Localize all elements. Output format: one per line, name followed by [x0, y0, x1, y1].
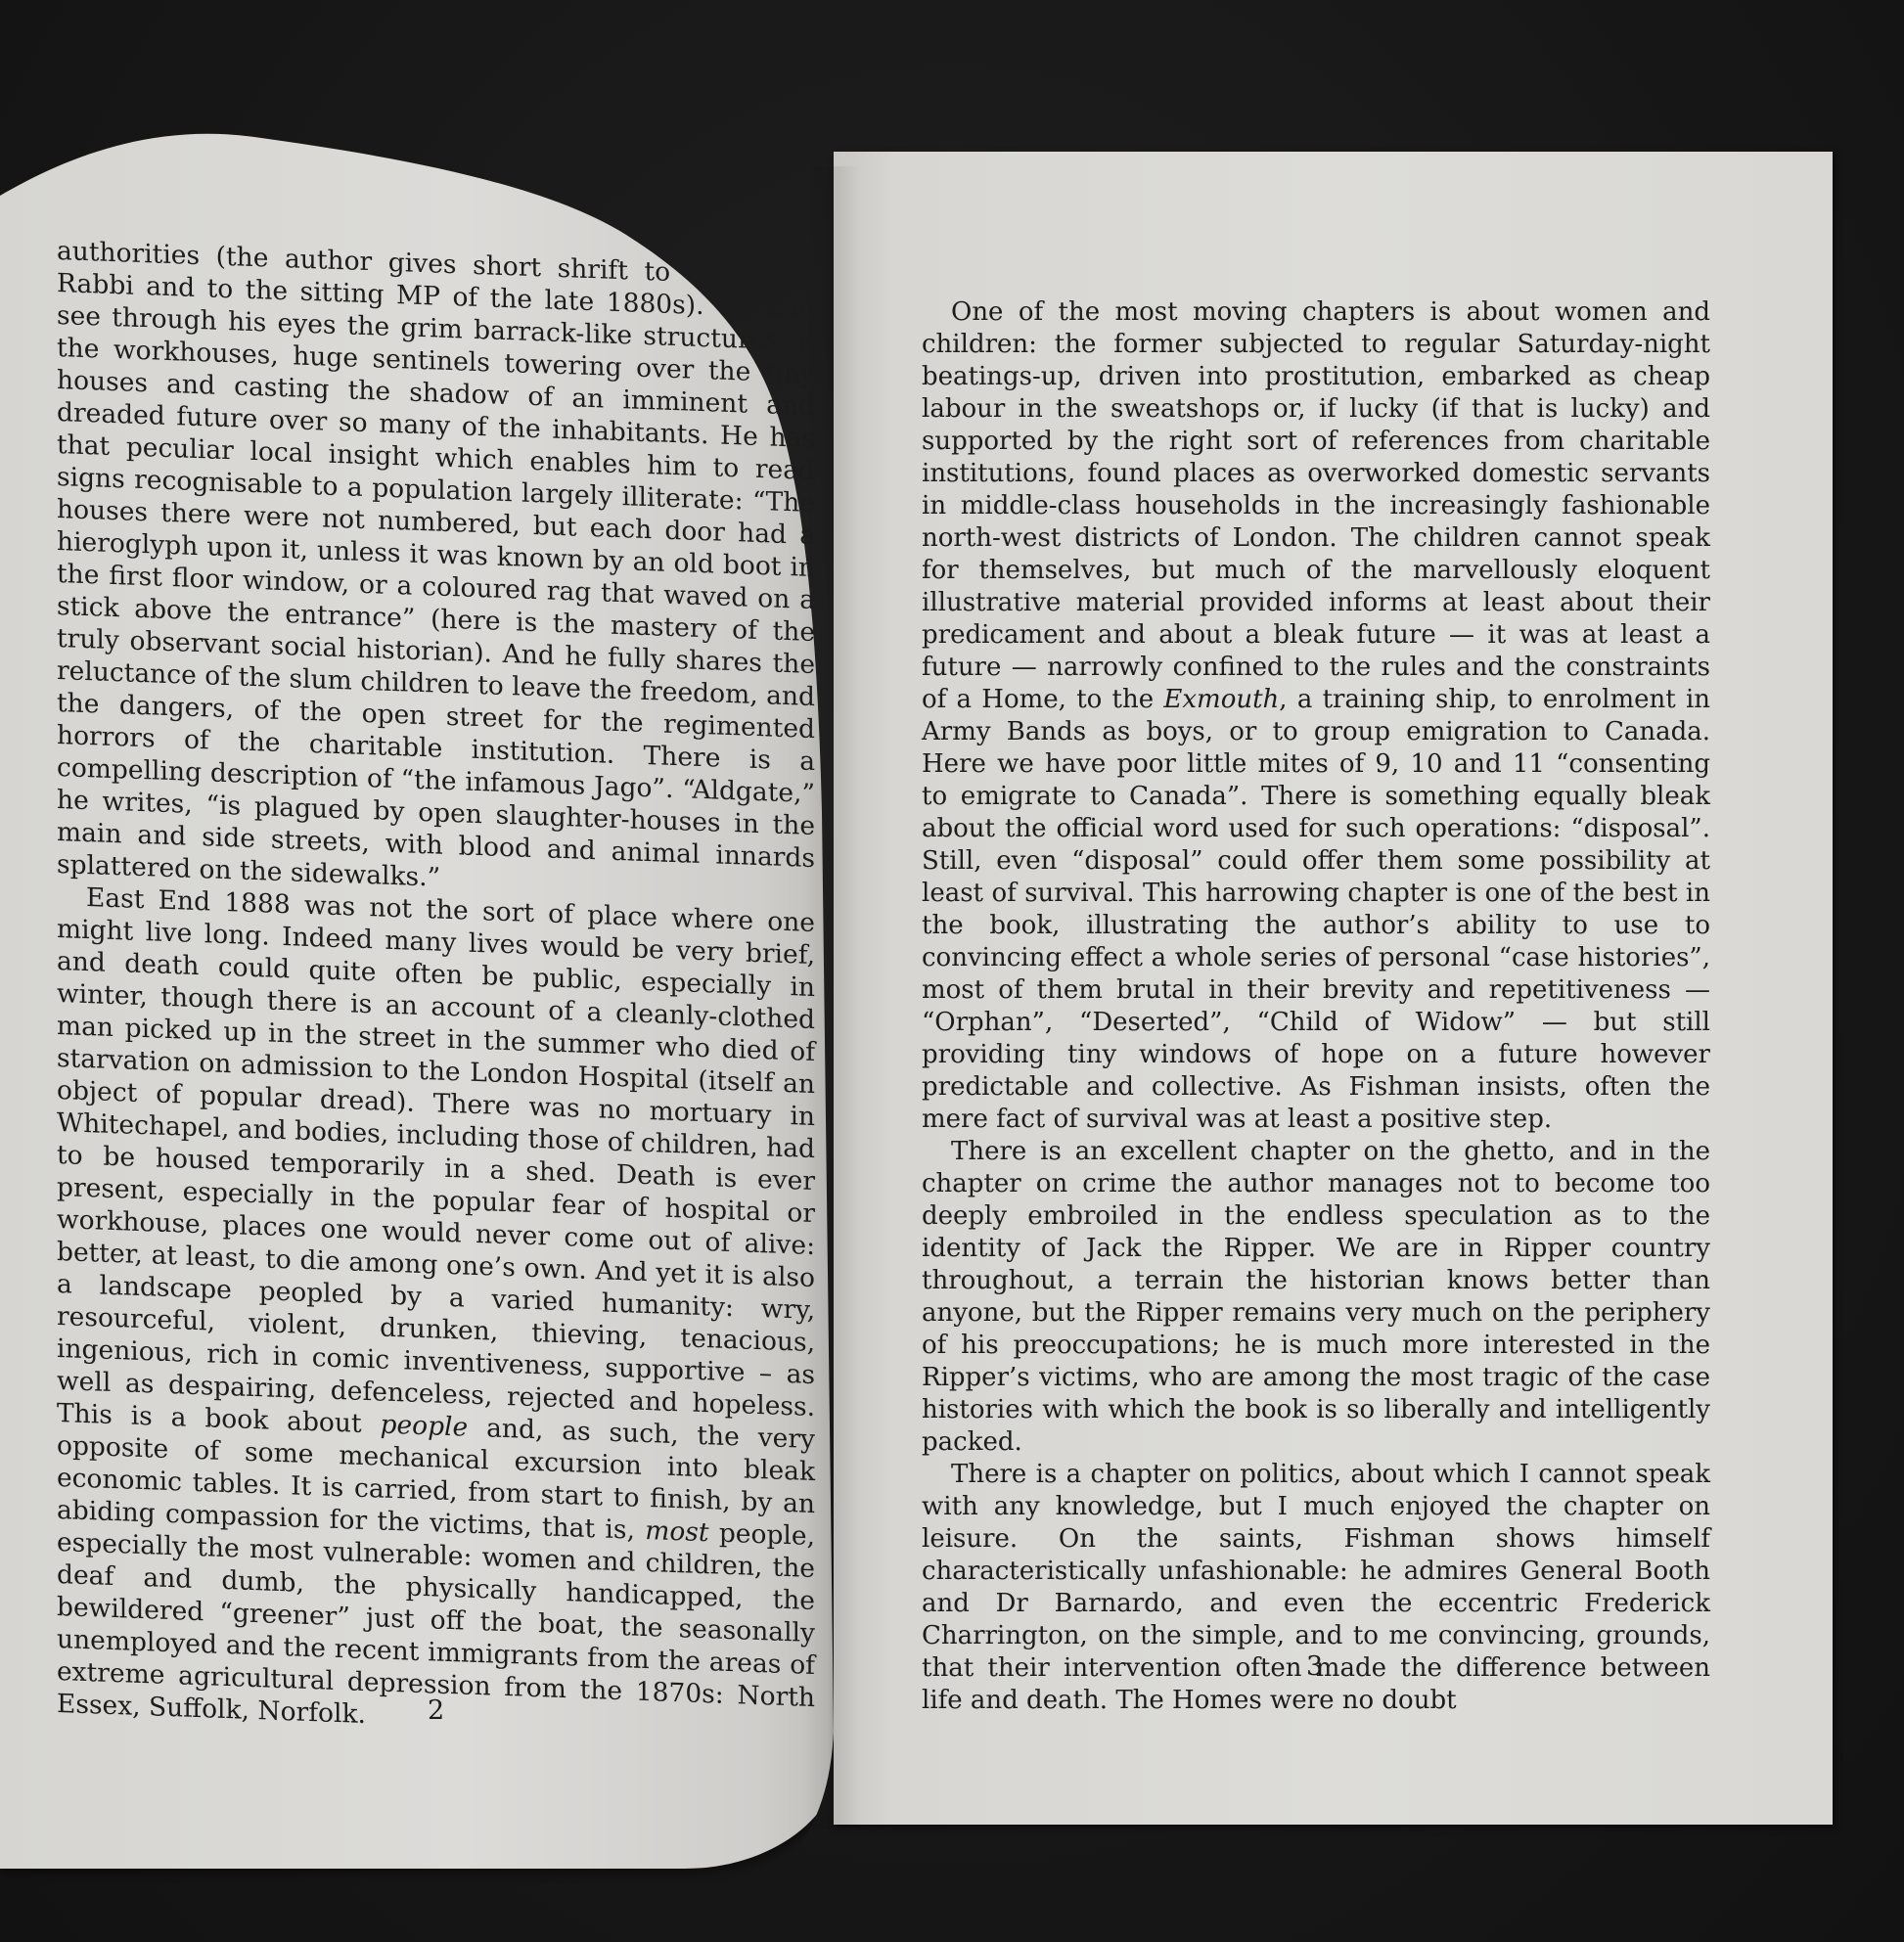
page-number-right: 3 [1306, 1651, 1323, 1682]
italic-text: Exmouth [1163, 685, 1279, 714]
italic-text: people [380, 1410, 468, 1443]
text-run: One of the most moving chapters is about… [922, 297, 1710, 714]
paragraph: One of the most moving chapters is about… [922, 296, 1710, 1136]
page-number-left: 2 [428, 1695, 444, 1726]
left-page-text: authorities (the author gives short shri… [57, 235, 815, 1746]
text-run: , a training ship, to enrolment in Army … [922, 685, 1710, 1134]
right-page-text: One of the most moving chapters is about… [922, 296, 1710, 1717]
paragraph: East End 1888 was not the sort of place … [57, 881, 815, 1746]
paragraph: authorities (the author gives short shri… [57, 235, 815, 907]
text-run: There is an excellent chapter on the ghe… [922, 1137, 1710, 1457]
text-run: East End 1888 was not the sort of place … [57, 882, 815, 1439]
paragraph: There is an excellent chapter on the ghe… [922, 1136, 1710, 1459]
text-run: authorities (the author gives short shri… [57, 236, 815, 893]
italic-text: most [645, 1515, 708, 1548]
